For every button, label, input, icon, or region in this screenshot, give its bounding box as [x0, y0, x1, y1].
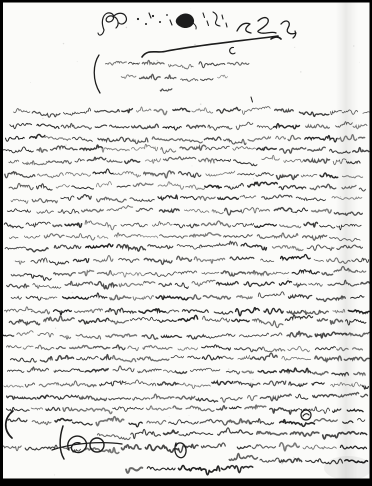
- paper-background: [0, 0, 372, 486]
- scan-speckle: [191, 165, 192, 166]
- scan-speckle: [30, 82, 31, 83]
- scan-speckle: [169, 416, 170, 417]
- scan-speckle: [42, 118, 43, 119]
- scan-speckle: [126, 27, 127, 28]
- scan-speckle: [253, 178, 254, 179]
- manuscript-page: [0, 0, 372, 486]
- scan-speckle: [253, 20, 254, 21]
- scan-speckle: [157, 60, 158, 61]
- scan-speckle: [77, 338, 78, 339]
- scan-speckle: [13, 260, 14, 261]
- scan-speckle: [35, 183, 36, 184]
- scan-speckle: [296, 214, 298, 216]
- script-word: [359, 137, 365, 138]
- scan-speckle: [294, 47, 295, 48]
- scan-speckle: [82, 137, 83, 138]
- scan-speckle: [65, 144, 66, 145]
- scan-speckle: [233, 184, 234, 185]
- scan-speckle: [77, 61, 78, 62]
- scan-speckle: [189, 415, 190, 416]
- scan-speckle: [228, 368, 229, 369]
- scan-speckle: [86, 437, 87, 438]
- scan-speckle: [359, 62, 360, 63]
- scan-speckle: [54, 474, 55, 475]
- right-scan-shadow: [336, 2, 358, 479]
- scan-speckle: [180, 14, 181, 15]
- scan-speckle: [281, 463, 282, 464]
- scan-speckle: [55, 328, 56, 329]
- scan-speckle: [63, 43, 64, 44]
- scan-speckle: [252, 379, 253, 380]
- scan-speckle: [190, 8, 191, 9]
- frame-top: [0, 0, 372, 3]
- frame-bottom: [0, 479, 372, 486]
- scan-speckle: [300, 71, 301, 72]
- scan-speckle: [353, 45, 354, 46]
- scan-speckle: [194, 44, 196, 46]
- scan-speckle: [173, 149, 174, 150]
- scan-speckle: [293, 457, 294, 458]
- manuscript-scan: Black-and-white scan of a one-page handw…: [0, 0, 372, 486]
- frame-left: [0, 0, 3, 486]
- scan-speckle: [287, 278, 288, 279]
- scan-speckle: [22, 314, 23, 315]
- scan-speckle: [22, 348, 23, 349]
- scan-speckle: [200, 103, 202, 105]
- scan-speckle: [72, 292, 74, 294]
- scan-speckle: [247, 219, 248, 220]
- scan-speckle: [340, 196, 341, 197]
- scan-speckle: [151, 379, 152, 380]
